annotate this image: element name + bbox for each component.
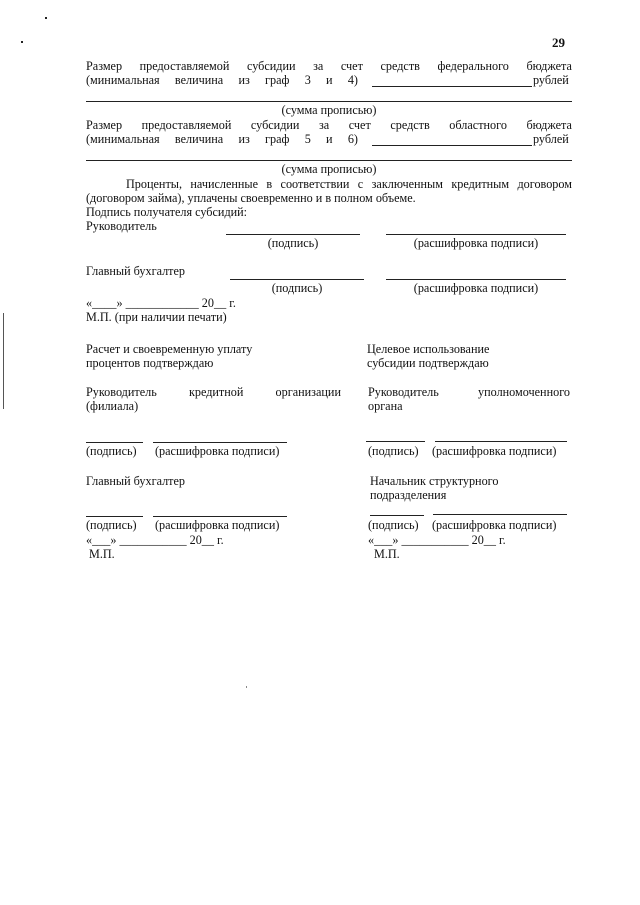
regional-line1: Размер предоставляемой субсидии за счет … [86,118,572,132]
statement-line1: Проценты, начисленные в соответствии с з… [126,177,572,191]
statement-line2: (договором займа), уплачены своевременно… [86,191,416,205]
recipient-accountant-label: Главный бухгалтер [86,264,185,278]
recipient-stamp: М.П. (при наличии печати) [86,310,227,324]
federal-amount-field[interactable] [372,86,532,87]
right-confirm-line1: Целевое использование [367,342,489,356]
left-head-label-line2: (филиала) [86,399,138,413]
right-head-decode-field[interactable] [435,441,567,442]
regional-amount-words-field[interactable] [86,160,572,161]
federal-currency: рублей [533,73,569,87]
recipient-head-signature-caption: (подпись) [226,236,360,250]
left-head-label: Руководитель кредитной организации [86,385,341,399]
recipient-date-line[interactable]: «____» ____________ 20__ г. [86,296,236,310]
federal-line2: (минимальная величина из граф 3 и 4) [86,73,358,87]
left-head-decode-caption: (расшифровка подписи) [155,444,279,458]
federal-caption: (сумма прописью) [86,103,572,117]
left-accountant-label: Главный бухгалтер [86,474,185,488]
right-chief-signature-caption: (подпись) [368,518,419,532]
right-chief-signature-field[interactable] [370,515,424,516]
scan-speck [21,41,23,43]
recipient-head-decode-field[interactable] [386,234,566,235]
right-head-label: Руководитель уполномоченного [368,385,570,399]
regional-currency: рублей [533,132,569,146]
scan-speck [246,686,247,688]
left-head-decode-field[interactable] [153,442,287,443]
recipient-accountant-signature-field[interactable] [230,279,364,280]
right-stamp: М.П. [374,547,400,561]
right-head-signature-field[interactable] [366,441,425,442]
left-head-signature-caption: (подпись) [86,444,137,458]
right-head-label-line2: органа [368,399,403,413]
recipient-accountant-signature-caption: (подпись) [230,281,364,295]
recipient-head-label: Руководитель [86,219,157,233]
regional-caption: (сумма прописью) [86,162,572,176]
right-head-signature-caption: (подпись) [368,444,419,458]
recipient-head-signature-field[interactable] [226,234,360,235]
recipient-head-decode-caption: (расшифровка подписи) [386,236,566,250]
left-confirm-line1: Расчет и своевременную уплату [86,342,252,356]
left-confirm-line2: процентов подтверждаю [86,356,213,370]
federal-amount-words-field[interactable] [86,101,572,102]
left-head-signature-field[interactable] [86,442,143,443]
right-chief-decode-field[interactable] [433,514,567,515]
scan-margin-line [3,313,4,409]
right-chief-label-line2: подразделения [370,488,446,502]
left-accountant-decode-field[interactable] [153,516,287,517]
left-accountant-decode-caption: (расшифровка подписи) [155,518,279,532]
right-confirm-line2: субсидии подтверждаю [367,356,489,370]
left-date-line[interactable]: «___» ___________ 20__ г. [86,533,224,547]
right-head-decode-caption: (расшифровка подписи) [432,444,556,458]
regional-amount-field[interactable] [372,145,532,146]
right-date-line[interactable]: «___» ___________ 20__ г. [368,533,506,547]
federal-line1: Размер предоставляемой субсидии за счет … [86,59,572,73]
page-number: 29 [552,36,565,50]
left-stamp: М.П. [89,547,115,561]
left-accountant-signature-caption: (подпись) [86,518,137,532]
recipient-accountant-decode-field[interactable] [386,279,566,280]
right-chief-label-line1: Начальник структурного [370,474,498,488]
right-chief-decode-caption: (расшифровка подписи) [432,518,556,532]
recipient-heading: Подпись получателя субсидий: [86,205,247,219]
scan-speck [45,17,47,19]
recipient-accountant-decode-caption: (расшифровка подписи) [386,281,566,295]
regional-line2: (минимальная величина из граф 5 и 6) [86,132,358,146]
left-accountant-signature-field[interactable] [86,516,143,517]
